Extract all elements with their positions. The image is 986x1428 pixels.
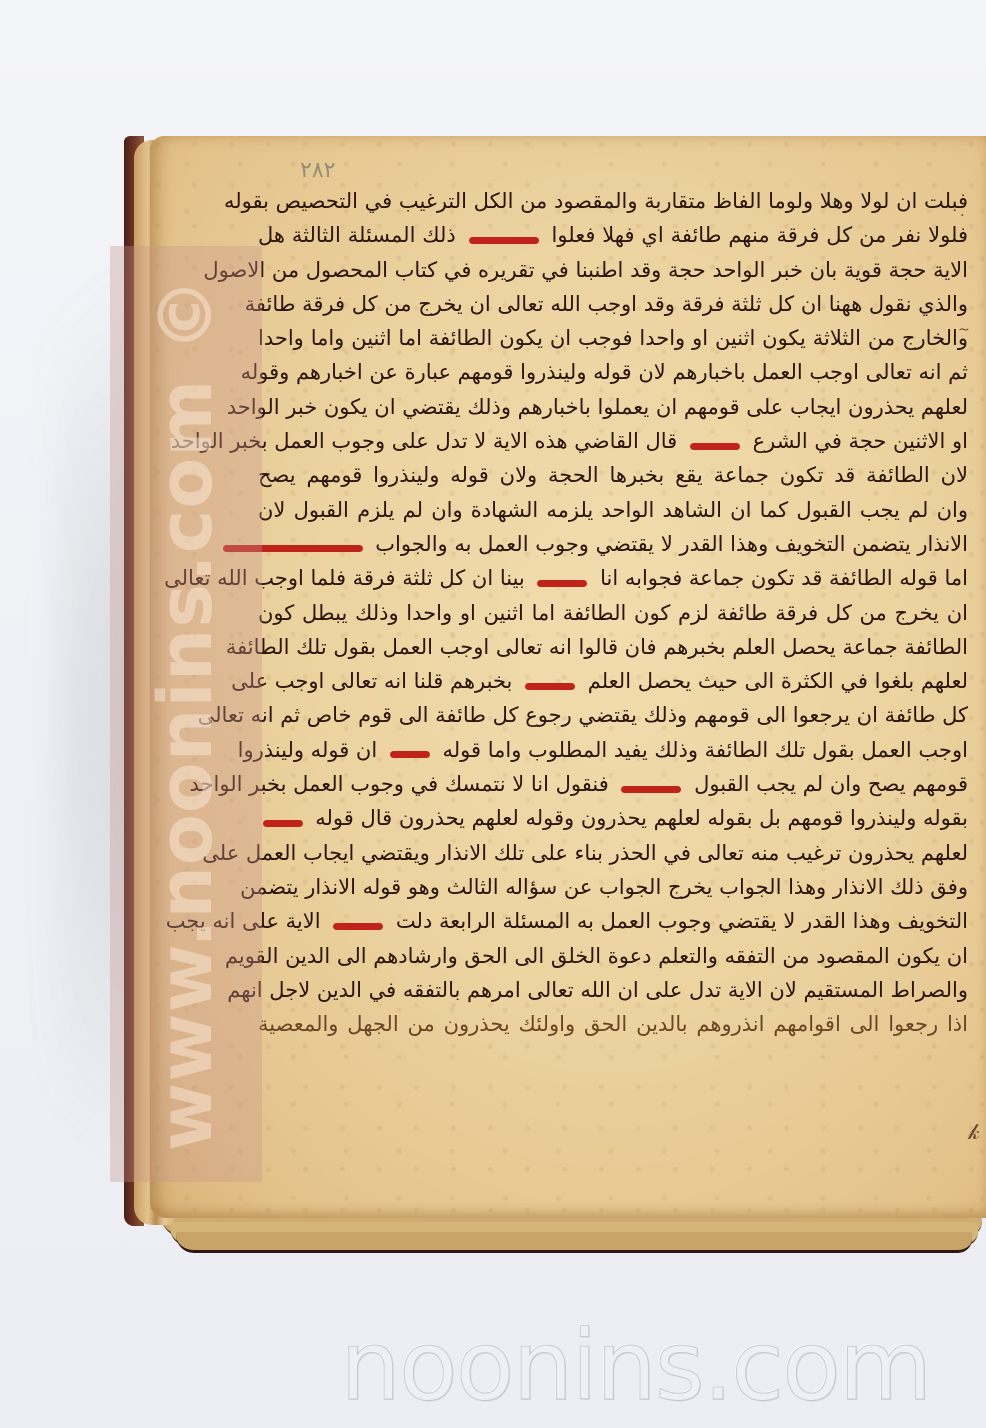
- manuscript-line: قومهم يصح وان لم يجب القبول فنقول انا لا…: [258, 767, 968, 801]
- rubric-mark: [390, 751, 430, 758]
- manuscript-line: بقوله ولينذروا قومهم بل بقوله لعلهم يحذر…: [258, 801, 968, 835]
- manuscript-line: فلولا نفر من كل فرقة منهم طائفة اي فهلا …: [258, 218, 968, 252]
- manuscript-line: وان لم يجب القبول كما ان الشاهد الواحد ي…: [258, 493, 968, 527]
- manuscript-line: او الاثنين حجة في الشرع قال القاضي هذه ا…: [258, 424, 968, 458]
- manuscript-line: الانذار يتضمن التخويف وهذا القدر لا يقتض…: [258, 527, 968, 561]
- manuscript-line: لان الطائفة قد تكون جماعة يقع بخبرها الح…: [258, 458, 968, 492]
- manuscript-line: ثم انه تعالى اوجب العمل باخبارهم لان قول…: [258, 355, 968, 389]
- manuscript-line: والذي نقول ههنا ان كل ثلثة فرقة وقد اوجب…: [258, 287, 968, 321]
- manuscript-line: والصراط المستقيم لان الاية تدل على ان ال…: [258, 973, 968, 1007]
- manuscript-line: اما قوله الطائفة قد تكون جماعة فجوابه ان…: [258, 561, 968, 595]
- manuscript-line: ان يكون المقصود من التفقه والتعلم دعوة ا…: [258, 939, 968, 973]
- manuscript-line: لعلهم بلغوا في الكثرة الى حيث يحصل العلم…: [258, 664, 968, 698]
- rubric-mark: [525, 683, 575, 690]
- rubric-mark: [263, 820, 303, 827]
- manuscript-line: اذا رجعوا الى اقوامهم انذروهم بالدين الح…: [258, 1007, 968, 1041]
- manuscript-line: التخويف وهذا القدر لا يقتضي وجوب العمل ب…: [258, 904, 968, 938]
- rubric-mark: [469, 237, 539, 244]
- watermark-vertical: www.noonins.com ©: [143, 277, 229, 1151]
- manuscript-line: لعلهم يحذرون ايجاب على قومهم ان يعملوا ب…: [258, 390, 968, 424]
- manuscript-text: فبلت ان لولا وهلا ولوما الفاظ متقاربة وا…: [258, 184, 968, 1041]
- manuscript-line: كل طائفة ان يرجعوا الى قومهم وذلك يقتضي …: [258, 698, 968, 732]
- watermark-bottom: noonins.com: [340, 1318, 930, 1414]
- manuscript-line: الاية حجة قوية بان خبر الواحد حجة وقد اط…: [258, 253, 968, 287]
- manuscript-line: اوجب العمل بقول تلك الطائفة وذلك يفيد ال…: [258, 733, 968, 767]
- folio-number: ٢٨٢: [300, 158, 335, 183]
- manuscript-line: لعلهم يحذرون ترغيب منه تعالى في الحذر بن…: [258, 836, 968, 870]
- manuscript-line: ان يخرج من كل فرقة طائفة لزم كون الطائفة…: [258, 596, 968, 630]
- margin-mark: 𝓀: [968, 1120, 980, 1145]
- manuscript-line: وفق ذلك الانذار وهذا الجواب يخرج الجواب …: [258, 870, 968, 904]
- manuscript-line: فبلت ان لولا وهلا ولوما الفاظ متقاربة وا…: [258, 184, 968, 218]
- manuscript-line: الطائفة جماعة يحصل العلم بخبرهم فان قالو…: [258, 630, 968, 664]
- manuscript-line: والخارج من الثلاثة يكون اثنين او واحدا ف…: [258, 321, 968, 355]
- rubric-mark: [537, 580, 587, 587]
- rubric-mark: [690, 443, 740, 450]
- rubric-mark: [333, 923, 383, 930]
- page-edge: [176, 1232, 972, 1253]
- rubric-mark: [621, 786, 681, 793]
